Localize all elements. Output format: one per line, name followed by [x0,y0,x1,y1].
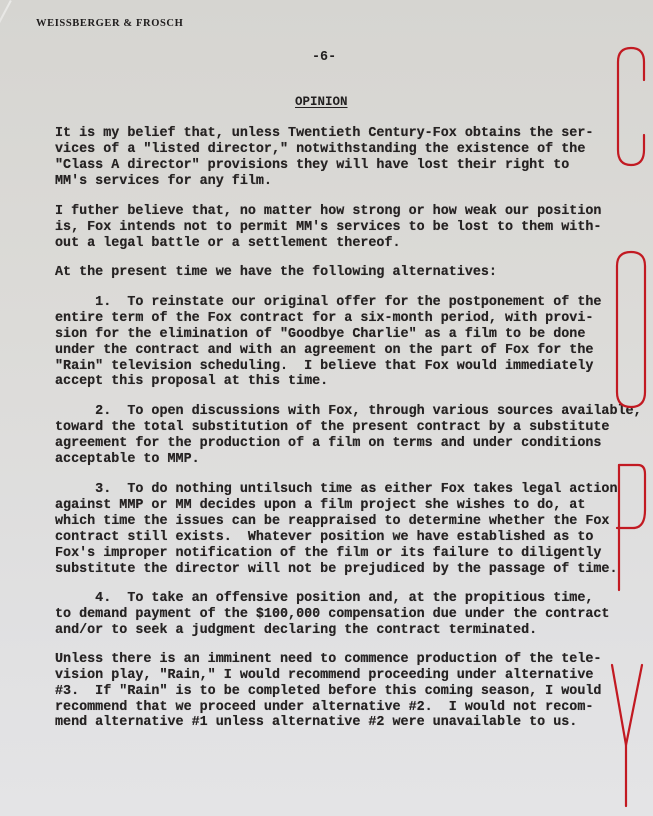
paragraph-2-line: I futher believe that, no matter how str… [55,204,601,220]
paragraph-8-line: vision play, "Rain," I would recommend p… [55,668,593,684]
paragraph-1-line: vices of a "listed director," notwithsta… [55,142,585,158]
paragraph-2-line: out a legal battle or a settlement there… [55,236,401,252]
paragraph-6-line: 3. To do nothing untilsuch time as eithe… [55,482,618,498]
paragraph-5-line: acceptable to MMP. [55,452,200,468]
paragraph-8-line: recommend that we proceed under alternat… [55,700,593,716]
paragraph-4-line: under the contract and with an agreement… [55,343,593,359]
paragraph-1-line: "Class A director" provisions they will … [55,158,569,174]
stamp-letter-o [617,252,645,407]
paper-crease [0,0,12,107]
paragraph-5-line: toward the total substitution of the pre… [55,420,609,436]
paragraph-6-line: against MMP or MM decides upon a film pr… [55,498,585,514]
paragraph-8-line: mend alternative #1 unless alternative #… [55,715,577,731]
section-title: OPINION [295,95,348,109]
paragraph-4-line: "Rain" television scheduling. I believe … [55,359,593,375]
paragraph-6-line: substitute the director will not be prej… [55,562,618,578]
paragraph-6-line: Fox's improper notification of the film … [55,546,601,562]
paragraph-4-line: accept this proposal at this time. [55,374,328,390]
paragraph-4-line: sion for the elimination of "Goodbye Cha… [55,327,585,343]
paragraph-1-line: MM's services for any film. [55,174,272,190]
paragraph-8-line: Unless there is an imminent need to comm… [55,652,601,668]
paragraph-5-line: agreement for the production of a film o… [55,436,601,452]
paragraph-4-line: entire term of the Fox contract for a si… [55,311,593,327]
paragraph-4-line: 1. To reinstate our original offer for t… [55,295,601,311]
paragraph-6-line: which time the issues can be reappraised… [55,514,609,530]
paragraph-2-line: is, Fox intends not to permit MM's servi… [55,220,601,236]
paragraph-7-line: to demand payment of the $100,000 compen… [55,607,609,623]
paragraph-7-line: and/or to seek a judgment declaring the … [55,623,537,639]
page-number: -6- [312,50,336,65]
paragraph-1-line: It is my belief that, unless Twentieth C… [55,126,593,142]
stamp-letter-c [618,48,644,165]
paragraph-3-line: At the present time we have the followin… [55,265,497,281]
stamp-letter-p [617,465,645,590]
paragraph-5-line: 2. To open discussions with Fox, through… [55,404,642,420]
stamp-letter-y [612,665,642,806]
paragraph-7-line: 4. To take an offensive position and, at… [55,591,593,607]
letterhead: WEISSBERGER & FROSCH [36,18,183,29]
paragraph-6-line: contract still exists. Whatever position… [55,530,593,546]
paragraph-8-line: #3. If "Rain" is to be completed before … [55,684,601,700]
